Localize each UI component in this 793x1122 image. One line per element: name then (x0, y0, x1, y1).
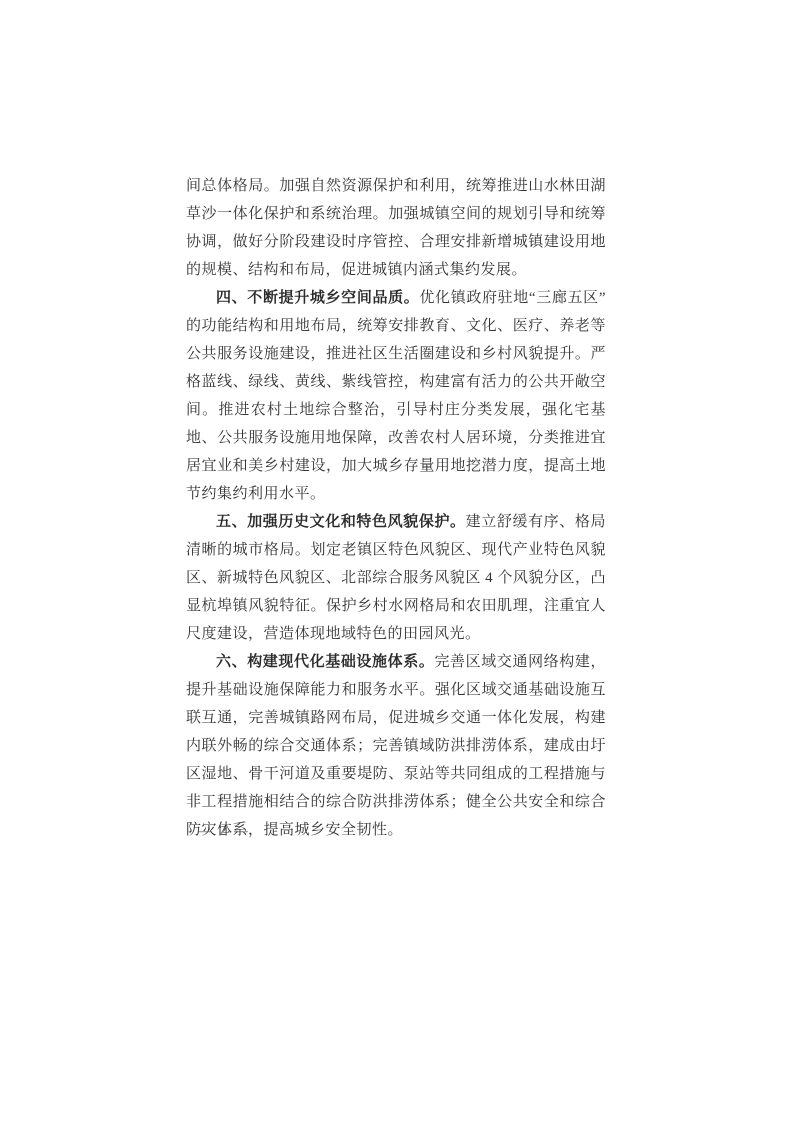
page-number: — 2 — (198, 824, 250, 840)
document-body: 间总体格局。加强自然资源保护和利用，统筹推进山水林田湖草沙一体化保护和系统治理。… (186, 172, 606, 844)
paragraph-text: 完善区域交通网络构建，提升基础设施保障能力和服务水平。强化区域交通基础设施互联互… (186, 654, 606, 838)
paragraph-continuation: 间总体格局。加强自然资源保护和利用，统筹推进山水林田湖草沙一体化保护和系统治理。… (186, 172, 606, 284)
paragraph-section-5: 五、加强历史文化和特色风貌保护。建立舒缓有序、格局清晰的城市格局。划定老镇区特色… (186, 508, 606, 648)
paragraph-text: 间总体格局。加强自然资源保护和利用，统筹推进山水林田湖草沙一体化保护和系统治理。… (186, 178, 606, 278)
section-heading: 四、不断提升城乡空间品质。 (216, 290, 419, 306)
paragraph-section-6: 六、构建现代化基础设施体系。完善区域交通网络构建，提升基础设施保障能力和服务水平… (186, 648, 606, 844)
paragraph-section-4: 四、不断提升城乡空间品质。优化镇政府驻地“三廊五区”的功能结构和用地布局，统筹安… (186, 284, 606, 508)
section-heading: 六、构建现代化基础设施体系。 (216, 654, 434, 670)
section-heading: 五、加强历史文化和特色风貌保护。 (216, 514, 466, 530)
paragraph-text: 优化镇政府驻地“三廊五区”的功能结构和用地布局，统筹安排教育、文化、医疗、养老等… (186, 290, 606, 502)
paragraph-text: 建立舒缓有序、格局清晰的城市格局。划定老镇区特色风貌区、现代产业特色风貌区、新城… (186, 514, 606, 642)
document-page: 间总体格局。加强自然资源保护和利用，统筹推进山水林田湖草沙一体化保护和系统治理。… (0, 0, 793, 1122)
